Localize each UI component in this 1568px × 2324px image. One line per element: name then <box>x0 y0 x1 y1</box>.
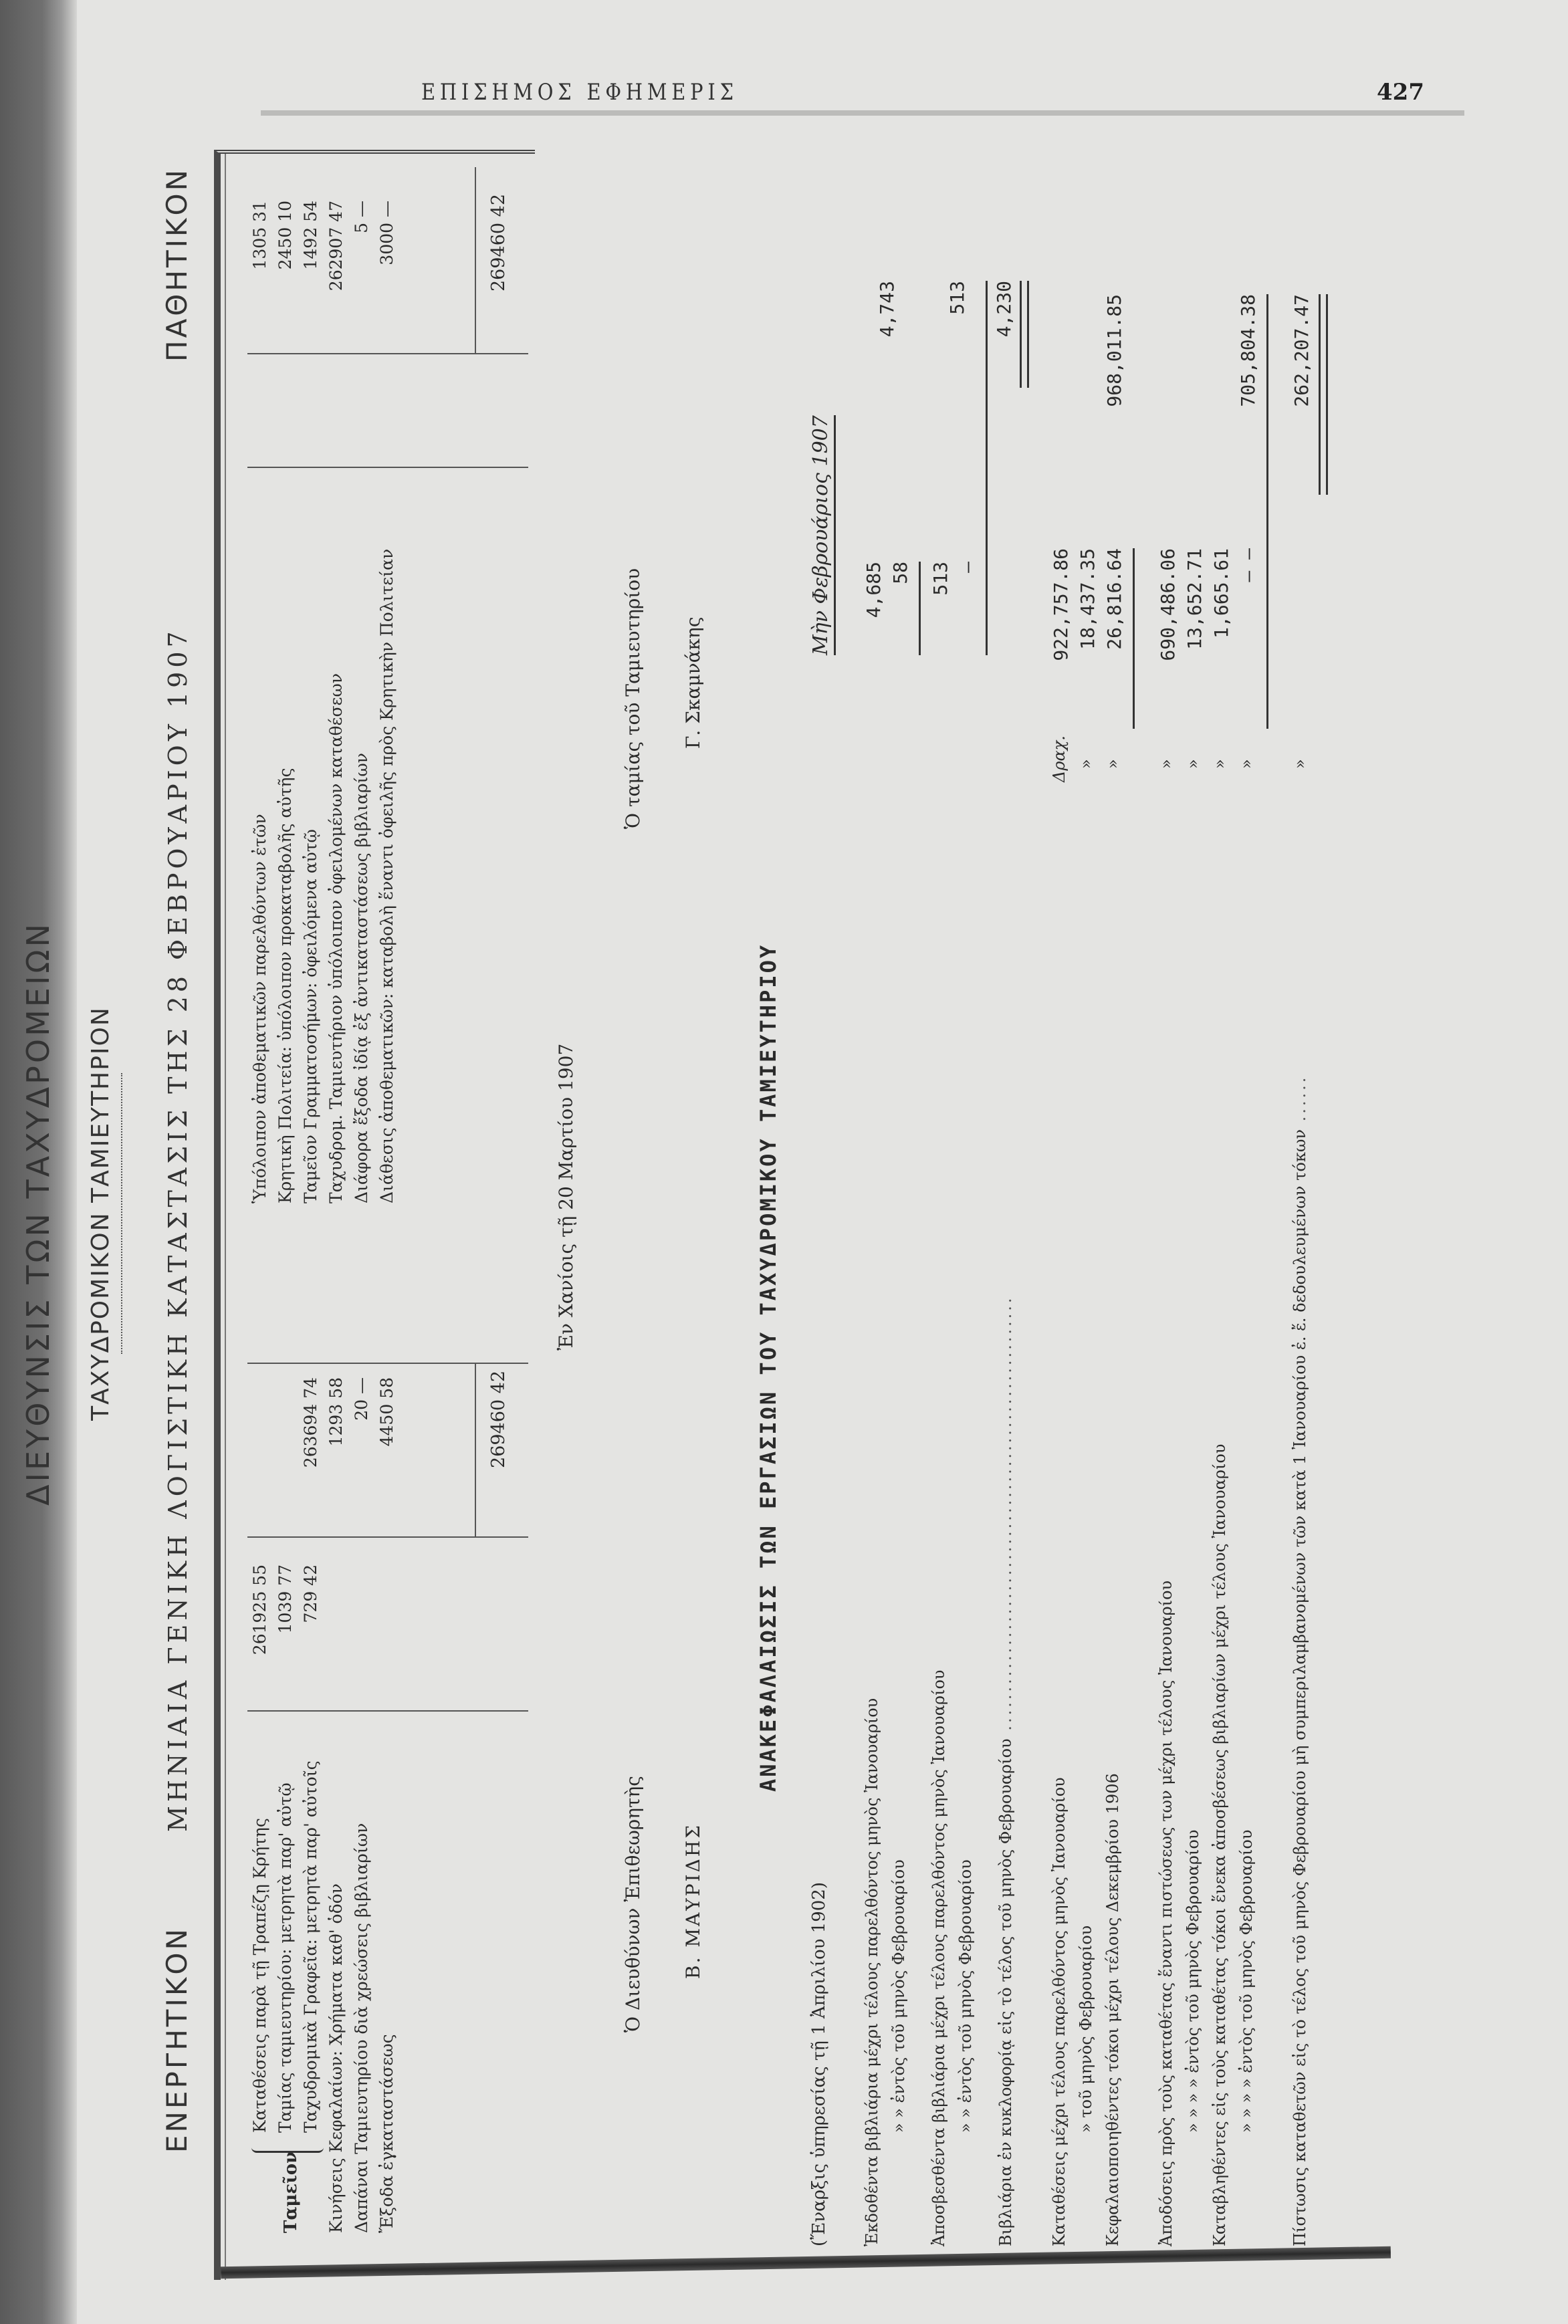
summary-row: » » ἐντὸς τοῦ μηνὸς Φεβρουαρίου <box>889 1859 913 2246</box>
ditto-mark: » <box>1157 759 1175 769</box>
ditto-mark: » <box>1237 759 1256 769</box>
row-label: Ἀποσβεσθέντα βιβλιάρια μέχρι τέλους παρε… <box>929 1669 948 2246</box>
summary-row: Ἐκδοθέντα βιβλιάρια μέχρι τέλους παρελθό… <box>863 1698 887 2246</box>
double-rule <box>1020 281 1029 388</box>
summary-row: » » ἐντὸς τοῦ μηνὸς Φεβρουαρίου <box>956 1859 980 2246</box>
ditto-mark: » <box>1103 759 1122 769</box>
liabilities-label: ΠΑΘΗΤΙΚΟΝ <box>160 167 193 362</box>
row-label: » » » » ἐντὸς τοῦ μηνὸς Φεβρουαρίου <box>1237 1830 1256 2246</box>
row-label: Ἐκδοθέντα βιβλιάρια μέχρι τέλους παρελθό… <box>863 1698 881 2246</box>
asset-amount: 1039 77 <box>273 1564 298 1698</box>
summary-subtitle: (Ἔναρξις ὑπηρεσίας τῇ 1 Ἀπριλίου 1902) <box>809 1882 829 2246</box>
liability-amount: 2450 10 <box>273 201 298 334</box>
row-value: — <box>956 562 978 655</box>
summary-row: » τοῦ μηνὸς Φεβρουαρίου <box>1077 1926 1101 2246</box>
liability-desc: Διάφορα ἔξοδα ἰδίᾳ ἐξ ἀντικαταστάσεως βι… <box>349 753 374 1203</box>
ornamental-rule <box>121 1073 125 1354</box>
liability-desc: Ὑπόλοιπον ἀποθεματικῶν παρελθόντων ἐτῶν <box>247 814 273 1203</box>
liabilities-column: Ὑπόλοιπον ἀποθεματικῶν παρελθόντων ἐτῶν … <box>247 160 528 1203</box>
row-total: 968,011.85 <box>1103 294 1125 495</box>
page-number: 427 <box>1377 79 1424 106</box>
asset-row: Δαπάναι Ταμιευτηρίου διὰ χρεώσεις βιβλια… <box>349 1217 374 2233</box>
statement-title-row: ΕΝΕΡΓΗΤΙΚΟΝ ΜΗΝΙΑΙΑ ΓΕΝΙΚΗ ΛΟΓΙΣΤΙΚΗ ΚΑΤ… <box>160 127 201 2300</box>
sum-rule <box>986 281 988 655</box>
sum-rule <box>1133 548 1135 729</box>
liability-row: Κρητικὴ Πολιτεία: ὑπόλοιπον προκαταβολῆς… <box>273 160 298 1203</box>
assets-label: ΕΝΕΡΓΗΤΙΚΟΝ <box>160 1926 193 2153</box>
row-label: Κεφαλαιοποιηθέντες τόκοι μέχρι τέλους Δε… <box>1103 1773 1122 2246</box>
column-divider <box>247 467 528 468</box>
ditto-mark: » <box>1210 759 1229 769</box>
balance-sheet-table: Ταμεῖον Καταθέσεις παρὰ τῇ Τραπέζῃ Κρήτη… <box>214 150 535 2280</box>
row-value: 18,437.35 <box>1077 548 1099 729</box>
header-rule <box>261 110 1464 116</box>
director-name: Β. ΜΑΥΡΙΔΗΣ <box>682 1823 704 1979</box>
asset-row: Ἔξοδα ἐγκαταστάσεως 4450 58 <box>374 1217 400 2233</box>
row-label: » » ἐντὸς τοῦ μηνὸς Φεβρουαρίου <box>889 1859 908 2246</box>
frame-inner-rule <box>225 154 226 2280</box>
row-label: » τοῦ μηνὸς Φεβρουαρίου <box>1077 1926 1095 2246</box>
sum-rule <box>919 562 921 655</box>
row-label: » » ἐντὸς τοῦ μηνὸς Φεβρουαρίου <box>956 1859 975 2246</box>
asset-row: Ταχυδρομικὰ Γραφεῖα: μετρητὰ παρ' αὐτοῖς… <box>298 1217 324 2233</box>
asset-desc: Ταχυδρομικὰ Γραφεῖα: μετρητὰ παρ' αὐτοῖς <box>298 1760 324 2133</box>
asset-subtotal: 263694 74 <box>298 1377 324 1511</box>
row-label: Ἀποδόσεις πρὸς τοὺς καταθέτας ἕναντι πισ… <box>1157 1581 1175 2246</box>
asset-subtotal: 4450 58 <box>374 1377 400 1511</box>
asset-amount: 729 42 <box>298 1564 324 1698</box>
liability-desc: Ταχυδρομ. Ταμιευτήριον ὑπόλοιπον ὀφειλομ… <box>324 673 349 1203</box>
liability-amount: 1492 54 <box>298 201 324 334</box>
asset-amount: 261925 55 <box>247 1564 273 1698</box>
agency-heading: ΔΙΕΥΘΥΝΣΙΣ ΤΩΝ ΤΑΧΥΔΡΟΜΕΙΩΝ <box>20 127 60 2300</box>
summary-row: Βιβλιάρια ἐν κυκλοφορίᾳ εἰς τὸ τέλος τοῦ… <box>996 1295 1020 2246</box>
liability-amount: 5 — <box>349 201 374 334</box>
row-label: » » » » ἐντὸς τοῦ μηνὸς Φεβρουαρίου <box>1184 1830 1202 2246</box>
ditto-mark: » <box>1077 759 1095 769</box>
final-balance: 262,207.47 <box>1291 294 1313 495</box>
summary-row: » » » » ἐντὸς τοῦ μηνὸς Φεβρουαρίου <box>1237 1830 1261 2246</box>
row-total: 513 <box>946 281 968 388</box>
statement-title: ΜΗΝΙΑΙΑ ΓΕΝΙΚΗ ΛΟΓΙΣΤΙΚΗ ΚΑΤΑΣΤΑΣΙΣ ΤΗΣ … <box>163 627 193 1832</box>
gazette-title: ΕΠΙΣΗΜΟΣ ΕΦΗΜΕΡΙΣ <box>421 79 738 106</box>
row-value: 513 <box>929 562 951 655</box>
row-value: — — <box>1237 548 1259 729</box>
place-date: Ἐν Χανίοις τῇ 20 Μαρτίου 1907 <box>555 1044 577 1351</box>
liability-row: Ταχυδρομ. Ταμιευτήριον ὑπόλοιπον ὀφειλομ… <box>324 160 349 1203</box>
column-divider <box>247 1536 528 1538</box>
row-value: 26,816.64 <box>1103 548 1125 729</box>
column-divider <box>247 1363 528 1364</box>
currency-label: Δραχ. <box>1050 735 1069 782</box>
summary-title: ΑΝΑΚΕΦΑΛΑΙΩΣΙΣ ΤΩΝ ΕΡΓΑΣΙΩΝ ΤΟΥ ΤΑΧΥΔΡΟΜ… <box>756 943 781 1792</box>
row-label: Πίστωσις καταθετῶν εἰς τὸ τέλος τοῦ μηνὸ… <box>1291 1129 1309 2246</box>
asset-row: Κινήσεις Κεφαλαίων: Χρήματα καθ' ὁδόν 12… <box>324 1217 349 2233</box>
summary-section: ΑΝΑΚΕΦΑΛΑΙΩΣΙΣ ΤΩΝ ΕΡΓΑΣΙΩΝ ΤΟΥ ΤΑΧΥΔΡΟΜ… <box>756 127 1458 2300</box>
liability-row: Διάφορα ἔξοδα ἰδίᾳ ἐξ ἀντικαταστάσεως βι… <box>349 160 374 1203</box>
cashier-title: Ὁ ταμίας τοῦ Ταμιευτηρίου <box>622 568 644 829</box>
liability-amount: 1305 31 <box>247 201 273 334</box>
assets-column: Ταμεῖον Καταθέσεις παρὰ τῇ Τραπέζῃ Κρήτη… <box>247 1217 528 2233</box>
asset-desc: Κινήσεις Κεφαλαίων: Χρήματα καθ' ὁδόν <box>324 1883 349 2233</box>
summary-row: Καταβληθέντες εἰς τοὺς καταθέτας τόκοι ἕ… <box>1210 1444 1234 2246</box>
ditto-mark: » <box>1184 759 1202 769</box>
asset-desc: Δαπάναι Ταμιευτηρίου διὰ χρεώσεις βιβλια… <box>349 1823 374 2233</box>
summary-row: Πίστωσις καταθετῶν εἰς τὸ τέλος τοῦ μηνὸ… <box>1291 1075 1315 2246</box>
liability-amount: 262907 47 <box>324 201 349 334</box>
row-total: 4,743 <box>876 281 898 388</box>
asset-row: Καταθέσεις παρὰ τῇ Τραπέζῃ Κρήτης 261925… <box>247 1217 273 2233</box>
assets-total: 269460 42 <box>488 1371 509 1518</box>
total-rule <box>475 167 476 354</box>
summary-row: Κεφαλαιοποιηθέντες τόκοι μέχρι τέλους Δε… <box>1103 1773 1127 2246</box>
director-title: Ὁ Διευθύνων Ἐπιθεωρητὴς <box>622 1776 644 2032</box>
rotated-content: ΔΙΕΥΘΥΝΣΙΣ ΤΩΝ ΤΑΧΥΔΡΟΜΕΙΩΝ ΤΑΧΥΔΡΟΜΙΚΟΝ… <box>201 127 1471 2300</box>
summary-row: Ἀποσβεσθέντα βιβλιάρια μέχρι τέλους παρε… <box>929 1669 954 2246</box>
section-title: ΤΑΧΥΔΡΟΜΙΚΟΝ ΤΑΜΙΕΥΤΗΡΙΟΝ <box>87 1006 114 1421</box>
row-value: 58 <box>889 562 911 655</box>
liability-row: Ὑπόλοιπον ἀποθεματικῶν παρελθόντων ἐτῶν … <box>247 160 273 1203</box>
row-label: Καταβληθέντες εἰς τοὺς καταθέτας τόκοι ἕ… <box>1210 1444 1229 2246</box>
asset-row: Ταμίας ταμιευτηρίου: μετρητὰ παρ' αὐτῷ 1… <box>273 1217 298 2233</box>
asset-desc: Ἔξοδα ἐγκαταστάσεως <box>374 2034 400 2233</box>
row-label: Βιβλιάρια ἐν κυκλοφορίᾳ εἰς τὸ τέλος τοῦ… <box>996 1738 1015 2246</box>
liability-desc: Κρητικὴ Πολιτεία: ὑπόλοιπον προκαταβολῆς… <box>273 768 298 1203</box>
summary-row: Καταθέσεις μέχρι τέλους παρελθόντος μηνὸ… <box>1050 1777 1074 2246</box>
liability-row: Ταμεῖον Γραμματοσήμων: ὀφειλόμενα αὐτῷ 1… <box>298 160 324 1203</box>
row-label: Καταθέσεις μέχρι τέλους παρελθόντος μηνὸ… <box>1050 1777 1069 2246</box>
row-total: 705,804.38 <box>1237 294 1259 495</box>
double-rule <box>1319 294 1328 495</box>
signature-block: Ἐν Χανίοις τῇ 20 Μαρτίου 1907 Ὁ Διευθύνω… <box>548 127 749 2300</box>
summary-month: Μὴν Φεβρουάριος 1907 <box>809 415 836 655</box>
summary-row: » » » » ἐντὸς τοῦ μηνὸς Φεβρουαρίου <box>1184 1830 1208 2246</box>
section-heading: ΤΑΧΥΔΡΟΜΙΚΟΝ ΤΑΜΙΕΥΤΗΡΙΟΝ <box>87 127 125 2300</box>
row-value: 4,685 <box>863 562 885 655</box>
total-rule <box>475 1364 476 1538</box>
row-total: 4,230 <box>993 281 1015 388</box>
column-divider <box>247 353 528 354</box>
row-value: 1,665.61 <box>1210 548 1232 729</box>
ditto-mark: » <box>1291 759 1309 769</box>
page-header: ΕΠΙΣΗΜΟΣ ΕΦΗΜΕΡΙΣ 427 <box>374 79 1484 106</box>
asset-subtotal: 20 — <box>349 1377 374 1511</box>
column-divider <box>247 1710 528 1712</box>
liability-row: Διάθεσις ἀποθεματικῶν: καταβολὴ ἕναντι ὀ… <box>374 481 425 1203</box>
row-value: 690,486.06 <box>1157 548 1179 729</box>
asset-desc: Καταθέσεις παρὰ τῇ Τραπέζῃ Κρήτης <box>247 1818 273 2133</box>
liability-desc: Ταμεῖον Γραμματοσήμων: ὀφειλόμενα αὐτῷ <box>298 829 324 1203</box>
row-value: 922,757.86 <box>1050 548 1072 729</box>
row-value: 13,652.71 <box>1184 548 1206 729</box>
asset-subtotal: 1293 58 <box>324 1377 349 1511</box>
sum-rule <box>1266 294 1268 729</box>
liabilities-total: 269460 42 <box>488 194 509 341</box>
liability-amount: 3000 — <box>374 201 400 334</box>
summary-row: Ἀποδόσεις πρὸς τοὺς καταθέτας ἕναντι πισ… <box>1157 1581 1181 2246</box>
cashier-name: Γ. Σκαμνάκης <box>682 616 704 749</box>
asset-desc: Ταμίας ταμιευτηρίου: μετρητὰ παρ' αὐτῷ <box>273 1782 298 2133</box>
liability-desc: Διάθεσις ἀποθεματικῶν: καταβολὴ ἕναντι ὀ… <box>377 549 397 1203</box>
